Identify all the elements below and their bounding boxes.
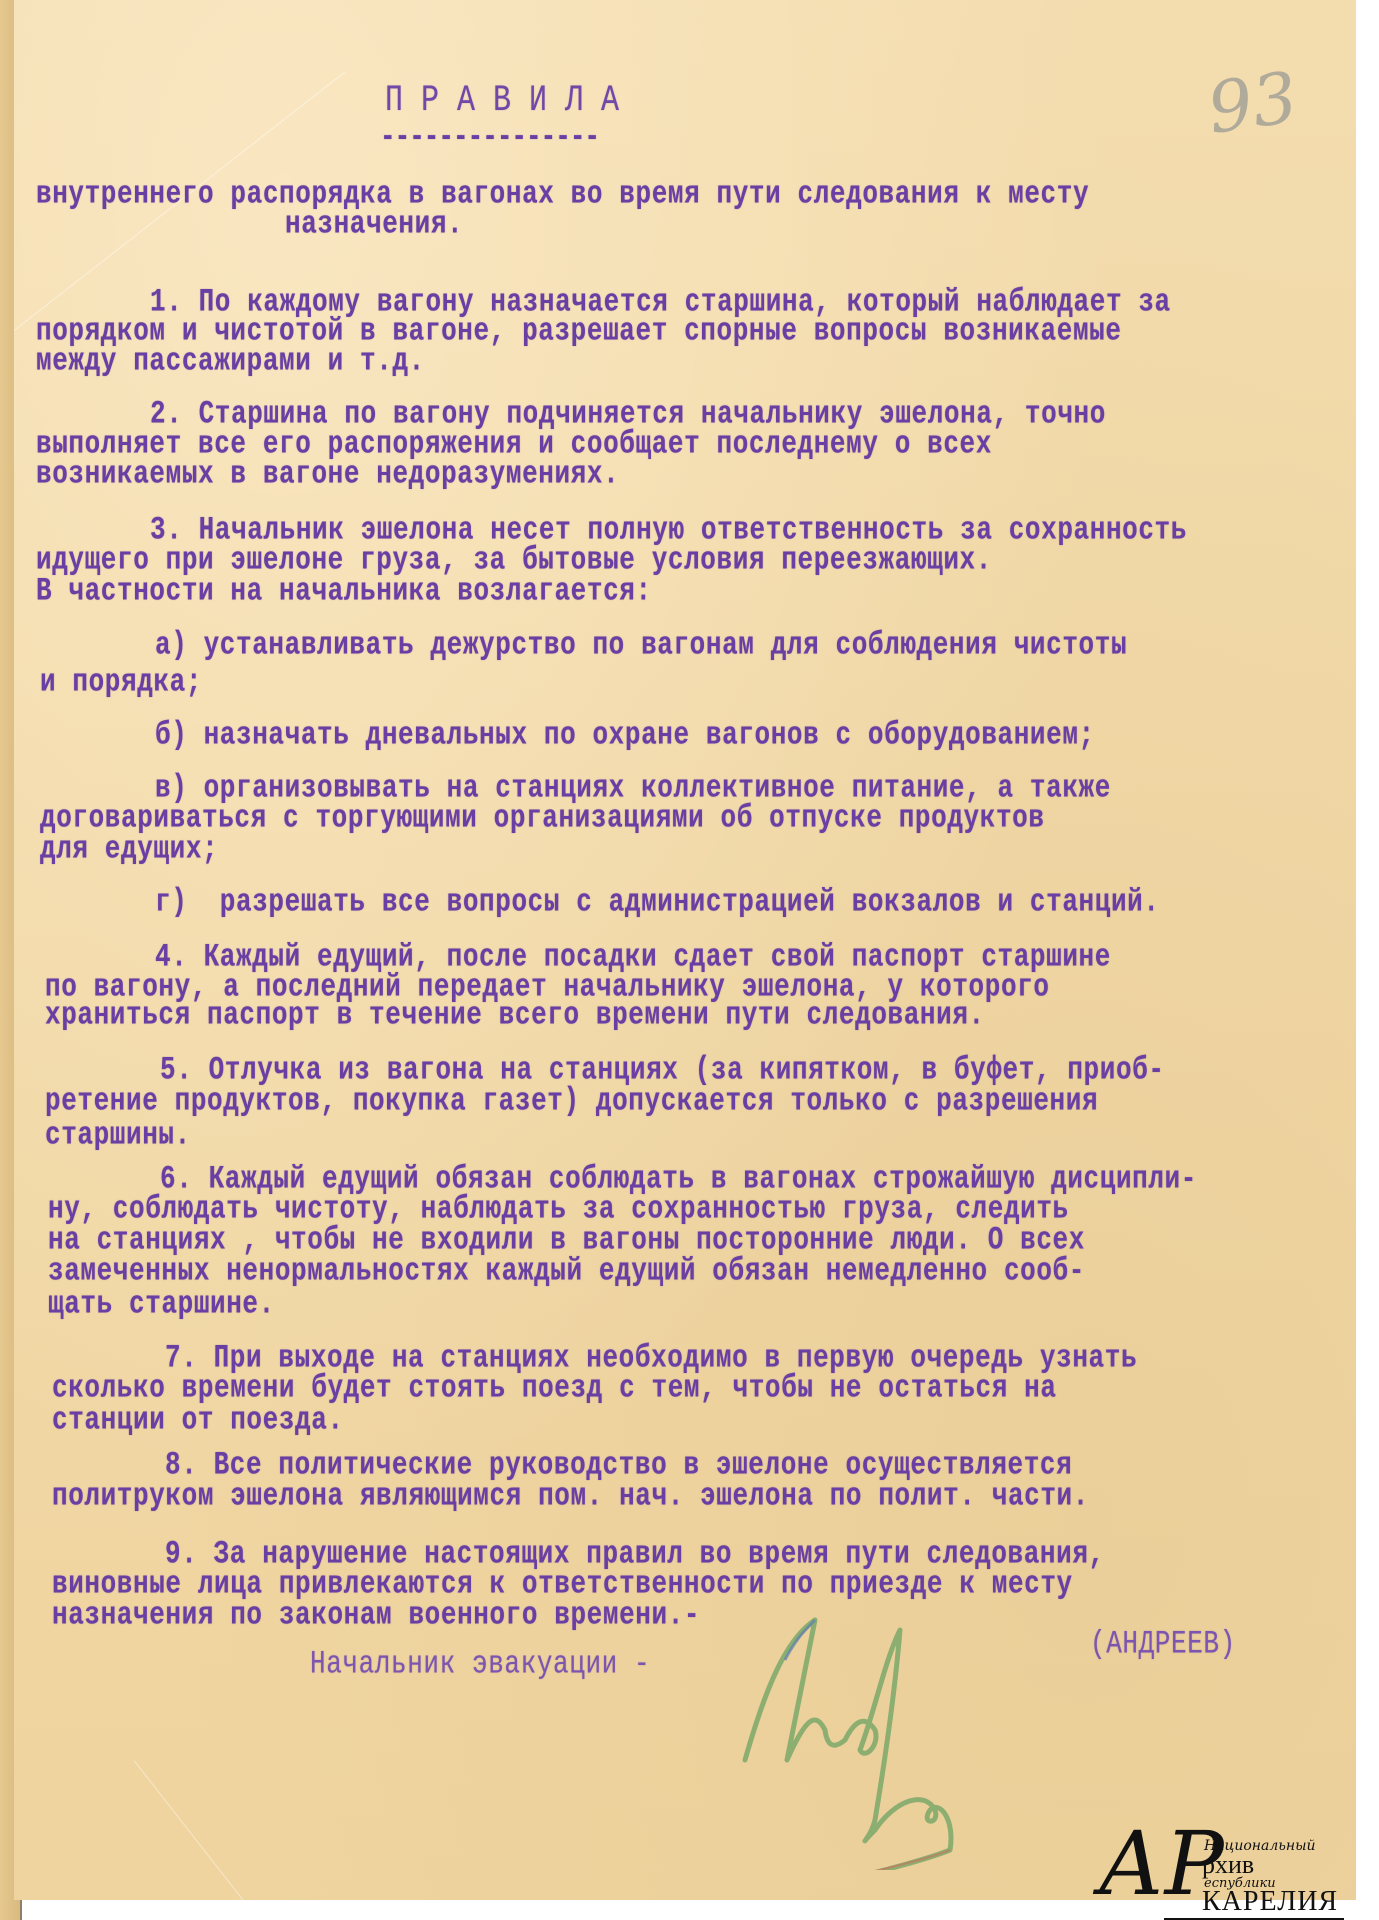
paragraph-3-line: В частности на начальника возлагается: xyxy=(36,572,652,610)
logo-line-4: КАРЕЛИЯ xyxy=(1202,1888,1338,1916)
paragraph-3v-line: для едущих; xyxy=(40,830,218,868)
paper-crease xyxy=(134,1760,258,1918)
signature-position-label: Начальник эвакуации - xyxy=(310,1645,650,1683)
paragraph-2-line: возникаемых в вагоне недоразумениях. xyxy=(36,455,619,493)
handwritten-page-number: 93 xyxy=(1203,56,1303,150)
paragraph-3b-line: б) назначать дневальных по охране вагоно… xyxy=(155,716,1095,754)
title-underline: --------------- xyxy=(380,118,599,156)
subtitle-line: назначения. xyxy=(285,205,463,243)
paragraph-7-line: станции от поезда. xyxy=(52,1401,344,1439)
subtitle-line: внутреннего распорядка в вагонах во врем… xyxy=(36,175,1089,213)
handwritten-signature-icon xyxy=(725,1610,1025,1870)
paragraph-6-line: щать старшине. xyxy=(48,1285,275,1323)
document-title: П Р А В И Л А xyxy=(385,80,619,123)
signer-name: (АНДРЕЕВ) xyxy=(1090,1625,1236,1663)
paragraph-5-line: старшины. xyxy=(45,1116,191,1154)
paragraph-9-line: назначения по законам военного времени.- xyxy=(52,1596,700,1634)
paragraph-3g-line: г) разрешать все вопросы с администрацие… xyxy=(155,883,1160,921)
logo-line-2: рхив xyxy=(1202,1852,1254,1878)
paragraph-1-line: между пассажирами и т.д. xyxy=(36,342,425,380)
archive-logo: АР Национальный рхив еспублики КАРЕЛИЯ xyxy=(1092,1800,1379,1920)
paragraph-4-line: храниться паспорт в течение всего времен… xyxy=(45,996,985,1034)
paragraph-3a-line: а) устанавливать дежурство по вагонам дл… xyxy=(155,626,1127,664)
paragraph-8-line: политруком эшелона являющимся пом. нач. … xyxy=(52,1477,1089,1515)
paragraph-5-line: ретение продуктов, покупка газет) допуск… xyxy=(45,1082,1098,1120)
paragraph-3a-line: и порядка; xyxy=(40,663,202,701)
paragraph-6-line: замеченных ненормальностях каждый едущий… xyxy=(48,1252,1085,1290)
